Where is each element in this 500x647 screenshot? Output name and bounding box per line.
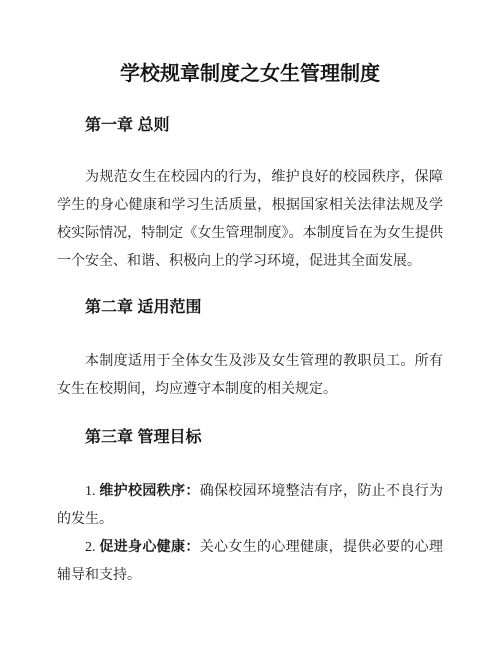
list-item-2: 2. 促进身心健康：关心女生的心理健康，提供必要的心理辅导和支持。 — [57, 534, 443, 590]
section-chapter-2: 第二章 适用范围 本制度适用于全体女生及涉及女生管理的教职员工。所有女生在校期间… — [57, 298, 443, 404]
list-item-1-number: 1. — [85, 484, 99, 499]
chapter-2-paragraph: 本制度适用于全体女生及涉及女生管理的教职员工。所有女生在校期间，均应遵守本制度的… — [57, 348, 443, 404]
chapter-3-heading: 第三章 管理目标 — [57, 428, 443, 448]
list-item-2-number: 2. — [85, 540, 99, 555]
document-title: 学校规章制度之女生管理制度 — [57, 61, 443, 87]
chapter-2-heading: 第二章 适用范围 — [57, 298, 443, 318]
list-item-1: 1. 维护校园秩序：确保校园环境整洁有序，防止不良行为的发生。 — [57, 478, 443, 534]
list-item-1-term: 维护校园秩序： — [99, 484, 199, 499]
section-chapter-1: 第一章 总则 为规范女生在校园内的行为，维护良好的校园秩序，保障学生的身心健康和… — [57, 116, 443, 276]
list-item-2-term: 促进身心健康： — [99, 540, 199, 555]
chapter-1-heading: 第一章 总则 — [57, 116, 443, 136]
document-page: 学校规章制度之女生管理制度 第一章 总则 为规范女生在校园内的行为，维护良好的校… — [0, 0, 500, 647]
section-chapter-3: 第三章 管理目标 1. 维护校园秩序：确保校园环境整洁有序，防止不良行为的发生。… — [57, 428, 443, 590]
chapter-1-paragraph: 为规范女生在校园内的行为，维护良好的校园秩序，保障学生的身心健康和学习生活质量，… — [57, 164, 443, 276]
